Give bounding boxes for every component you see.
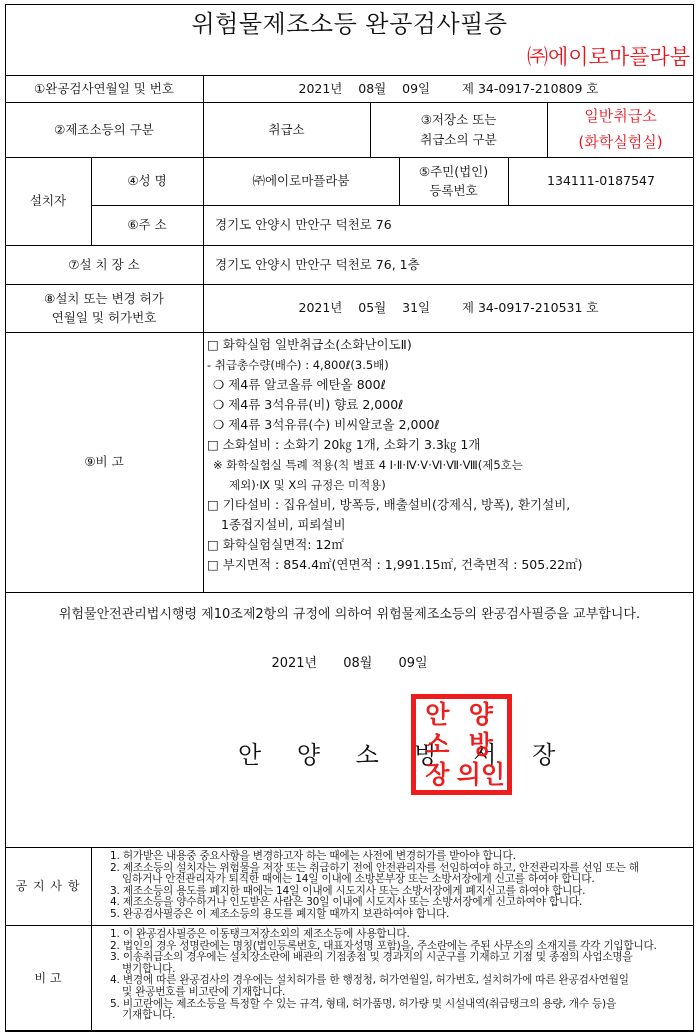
- remarks-line: ※ 화학실험실 특례 적용(칙 별표 4 Ⅰ·Ⅱ·Ⅳ·Ⅴ·Ⅵ·Ⅶ·Ⅷ(제5호는: [207, 455, 690, 475]
- remarks-line: □ 화학실험 일반취급소(소화난이도Ⅱ): [207, 335, 690, 355]
- footnote-line: 3. 이송취급소의 경우에는 설치장소란에 배관의 기점종점 및 경과지의 시군…: [110, 952, 657, 964]
- installer-address-value: 경기도 안양시 만안구 덕천로 76: [203, 205, 694, 245]
- seal-char: 인: [481, 762, 505, 787]
- facility-type-label: ②제조소등의 구분: [5, 102, 203, 157]
- installer-name-value: ㈜에이로마플라붐: [203, 157, 399, 205]
- permit-label: ⑧설치 또는 변경 허가 연월일 및 허가번호: [5, 284, 203, 332]
- seal-char: 의: [457, 762, 481, 787]
- remarks-label: ⑨비 고: [5, 332, 203, 592]
- permit-label-line2: 연월일 및 허가번호: [52, 308, 157, 327]
- storage-type-label: ③저장소 또는 취급소의 구분: [370, 102, 547, 157]
- remarks-line: ❍ 제4류 3석유류(수) 비씨알코올 2,000ℓ: [207, 415, 690, 435]
- remarks-line: □ 소화설비 : 소화기 20㎏ 1개, 소화기 3.3㎏ 1개: [207, 435, 690, 455]
- issue-date: 2021년 08월 09일: [5, 652, 694, 671]
- decree-statement: 위험물안전관리법시행령 제10조제2항의 규정에 의하여 위험물제조소등의 완공…: [5, 603, 694, 622]
- footnotes-label: 비 고: [5, 925, 91, 1032]
- remarks-line: - 취급총수량(배수) : 4,800ℓ(3.5배): [207, 355, 690, 375]
- divider: [5, 925, 694, 926]
- storage-type-label-line1: ③저장소 또는: [421, 110, 497, 129]
- remarks-line: ❍ 제4류 알코올류 에탄올 800ℓ: [207, 375, 690, 395]
- seal-char: 소: [418, 732, 457, 757]
- footnote-line: 5. 비고란에는 제조소등을 특정할 수 있는 규격, 형태, 허가품명, 허가…: [110, 999, 657, 1011]
- seal-char: 방: [457, 732, 505, 757]
- remarks-line: □ 화학실험실면적: 12㎡: [207, 535, 690, 555]
- remarks-line: 1종접지설비, 피뢰설비: [207, 515, 690, 535]
- notices-content: 1. 허가받은 내용중 중요사항을 변경하고자 하는 때에는 사전에 변경허가를…: [110, 851, 639, 921]
- divider: [91, 847, 92, 1032]
- remarks-line: 제외)·Ⅸ 및 Ⅹ의 규정은 미적용): [207, 475, 690, 495]
- storage-type-value-line1: 일반취급소: [584, 104, 656, 130]
- installation-location-value: 경기도 안양시 만안구 덕천로 76, 1층: [203, 245, 694, 284]
- registration-number-value: 134111-0187547: [508, 157, 694, 205]
- inspection-date-label: ①완공검사연월일 및 번호: [5, 75, 203, 102]
- divider: [5, 847, 694, 848]
- remarks-line: ❍ 제4류 3석유류(비) 향료 2,000ℓ: [207, 395, 690, 415]
- permit-value: 2021년 05월 31일 제 34-0917-210531 호: [203, 284, 694, 332]
- registration-number-label: ⑤주민(법인) 등록번호: [399, 157, 508, 205]
- installation-location-label: ⑦설 치 장 소: [5, 245, 203, 284]
- seal-char-pair: 의인: [457, 762, 505, 787]
- seal-char: 양: [457, 702, 505, 727]
- installer-group-label: 설치자: [5, 157, 91, 245]
- storage-type-value: 일반취급소 (화학실험실): [547, 102, 694, 157]
- storage-type-label-line2: 취급소의 구분: [420, 130, 496, 149]
- footnotes-content: 1. 이 완공검사필증은 이동탱크저장소외의 제조소등에 사용합니다. 2. 법…: [110, 929, 657, 1022]
- issuing-authority: 안 양 소 방 서 장: [238, 735, 569, 770]
- inspection-date-value: 2021년 08월 09일 제 34-0917-210809 호: [203, 75, 694, 102]
- installer-name-label: ④성 명: [91, 157, 203, 205]
- company-stamp-text: ㈜에이로마플라붐: [440, 42, 690, 72]
- remarks-line: □ 기타설비 : 집유설비, 방폭등, 배출설비(강제식, 방폭), 환기설비,: [207, 495, 690, 515]
- installer-address-label: ⑥주 소: [91, 205, 203, 245]
- facility-type-value: 취급소: [203, 102, 370, 157]
- remarks-content: □ 화학실험 일반취급소(소화난이도Ⅱ) - 취급총수량(배수) : 4,800…: [200, 333, 690, 591]
- official-seal: 안 양 소 방 장 의인: [411, 694, 512, 795]
- registration-number-label-line1: ⑤주민(법인): [419, 162, 488, 181]
- permit-label-line1: ⑧설치 또는 변경 허가: [44, 289, 164, 308]
- notice-line: 1. 허가받은 내용중 중요사항을 변경하고자 하는 때에는 사전에 변경허가를…: [110, 851, 639, 863]
- footnote-line: 1. 이 완공검사필증은 이동탱크저장소외의 제조소등에 사용합니다.: [110, 929, 657, 941]
- storage-type-value-line2: (화학실험실): [578, 130, 662, 156]
- footnote-line: 기재합니다.: [110, 1010, 657, 1022]
- seal-char: 안: [418, 702, 457, 727]
- seal-char: 장: [418, 762, 457, 787]
- registration-number-label-line2: 등록번호: [429, 181, 477, 200]
- notices-label: 공 지 사 항: [5, 847, 91, 925]
- divider: [5, 592, 694, 593]
- document-title: 위험물제조소등 완공검사필증: [5, 6, 694, 44]
- notice-line: 5. 완공검사필증은 이 제조소등의 용도를 폐지할 때까지 보관하여야 합니다…: [110, 909, 639, 921]
- remarks-line: □ 부지면적 : 854.4㎡(연면적 : 1,991.15㎡, 건축면적 : …: [207, 555, 690, 575]
- footnote-line: 및 완공번호를 비고란에 기재합니다.: [110, 987, 657, 999]
